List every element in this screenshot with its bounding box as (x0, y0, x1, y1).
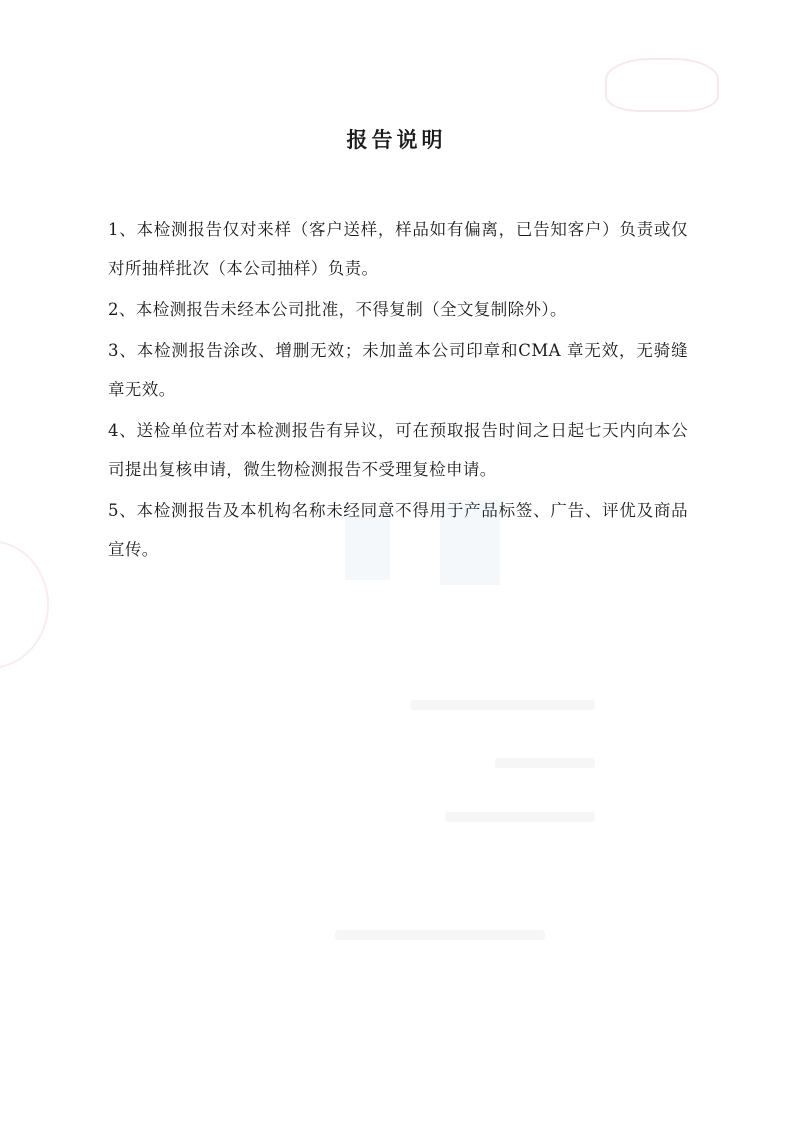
note-item-4: 4、送检单位若对本检测报告有异议，可在预取报告时间之日起七天内向本公司提出复核申… (108, 411, 688, 489)
note-text: 本检测报告仅对来样（客户送样，样品如有偏离，已告知客户）负责或仅对所抽样批次（本… (108, 220, 688, 278)
note-item-5: 5、本检测报告及本机构名称未经同意不得用于产品标签、广告、评优及商品宣传。 (108, 491, 688, 569)
note-item-2: 2、本检测报告未经本公司批准，不得复制（全文复制除外）。 (108, 290, 688, 329)
note-number: 5、 (108, 501, 137, 520)
page-title: 报告说明 (0, 124, 793, 154)
bleed-through-line (445, 812, 595, 822)
seal-stamp-edge-icon (0, 540, 49, 669)
bleed-through-line (335, 930, 545, 940)
note-text: 送检单位若对本检测报告有异议，可在预取报告时间之日起七天内向本公司提出复核申请，… (108, 421, 688, 479)
seal-stamp-icon (605, 58, 719, 112)
note-text: 本检测报告涂改、增删无效；未加盖本公司印章和CMA 章无效，无骑缝章无效。 (108, 341, 688, 399)
bleed-through-line (495, 758, 595, 768)
note-item-1: 1、本检测报告仅对来样（客户送样，样品如有偏离，已告知客户）负责或仅对所抽样批次… (108, 210, 688, 288)
note-number: 3、 (108, 341, 137, 360)
note-text: 本检测报告及本机构名称未经同意不得用于产品标签、广告、评优及商品宣传。 (108, 501, 688, 559)
note-text: 本检测报告未经本公司批准，不得复制（全文复制除外）。 (136, 300, 567, 319)
note-number: 2、 (108, 300, 136, 319)
note-item-3: 3、本检测报告涂改、增删无效；未加盖本公司印章和CMA 章无效，无骑缝章无效。 (108, 331, 688, 409)
note-number: 1、 (108, 220, 137, 239)
bleed-through-line (410, 700, 595, 710)
report-page: 报告说明 1、本检测报告仅对来样（客户送样，样品如有偏离，已告知客户）负责或仅对… (0, 0, 793, 1122)
note-number: 4、 (108, 421, 137, 440)
report-notes-list: 1、本检测报告仅对来样（客户送样，样品如有偏离，已告知客户）负责或仅对所抽样批次… (108, 210, 688, 571)
